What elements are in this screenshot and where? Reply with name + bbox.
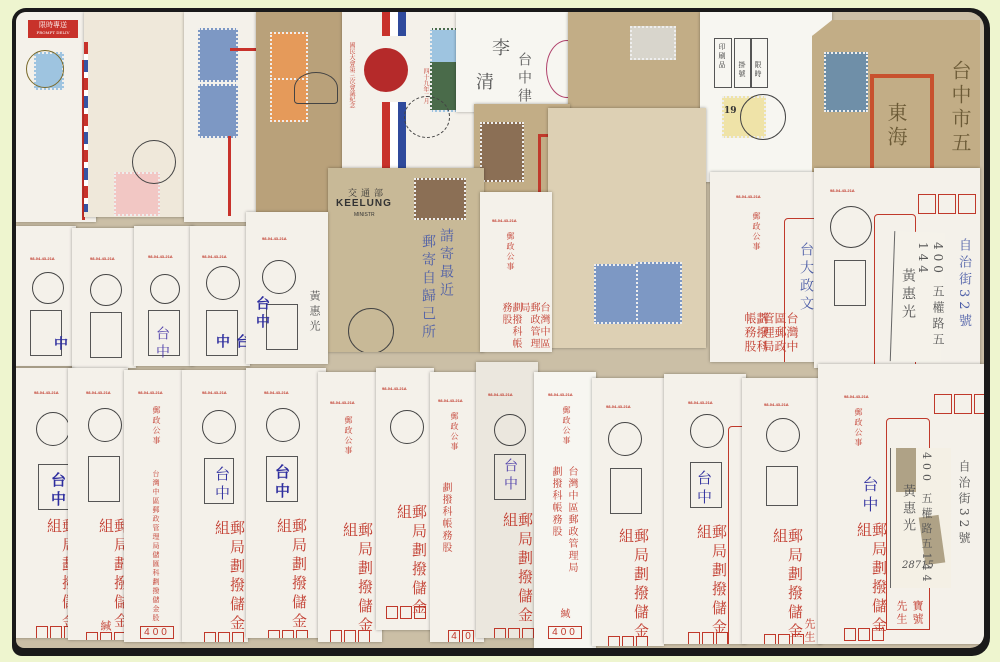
zip-boxes xyxy=(918,194,976,214)
zip-boxes xyxy=(86,632,126,640)
red-line xyxy=(230,48,256,51)
honorific-alt: 寶號 xyxy=(912,600,923,626)
recipient-b: 劃撥科帳務股 xyxy=(500,302,520,352)
label-box xyxy=(610,468,642,514)
large-plain-cover xyxy=(548,108,706,348)
header-vertical: 郵政公事 xyxy=(562,406,570,446)
form-code: 98-04-43-21A xyxy=(488,392,513,397)
zip-boxes xyxy=(934,394,984,414)
tricolor-stripe-bottom xyxy=(382,102,406,172)
prompt-zh: 限時專送 xyxy=(28,20,78,30)
postmark-icon xyxy=(90,274,122,306)
stamp xyxy=(198,84,238,138)
city-stamp: 台中 xyxy=(48,472,69,510)
number-hand: 28715 xyxy=(902,560,934,571)
city-stamp: 台中 xyxy=(858,476,881,516)
recipient-vertical: 郵局劃撥儲金組 xyxy=(342,522,372,642)
postmark-icon xyxy=(294,72,338,104)
zip-boxes xyxy=(608,636,648,646)
keelung-header-en: KEELUNG xyxy=(336,198,392,209)
flag-stamp-cover xyxy=(568,12,704,112)
name-hand: 黃惠光 xyxy=(898,268,918,322)
form-code: 98-04-43-21A xyxy=(148,254,173,259)
official-envelope: 98-04-43-21A 400 五權路五144 黃惠光 自治街32號 xyxy=(814,168,980,368)
address-hand: 清 xyxy=(470,72,496,94)
form-code: 98-04-43-21A xyxy=(202,254,227,259)
header-vertical: 郵政公事 xyxy=(450,412,458,452)
form-code: 98-04-43-21A xyxy=(844,394,869,399)
zip-boxes xyxy=(494,628,534,638)
address-hand: 東海 xyxy=(882,102,911,150)
blue-stamp-cover xyxy=(184,12,262,222)
recipient-a: 台灣中區郵政管理局 xyxy=(566,466,576,574)
address-hand: 李 xyxy=(486,38,512,60)
official-envelope: 98-04-43-21A 郵政公事 郵局劃撥儲金組 xyxy=(318,372,382,642)
recipient-vertical: 郵局劃撥儲金組 xyxy=(618,528,648,646)
city-stamp: 台中 xyxy=(252,296,272,332)
name-hand: 黃惠光 xyxy=(898,484,917,535)
zip-boxes xyxy=(764,634,804,644)
prompt-label: 限時 xyxy=(754,61,761,79)
label-box xyxy=(90,312,122,358)
stamp-value: 19 xyxy=(724,106,737,116)
form-code: 98-04-43-21A xyxy=(492,218,517,223)
official-envelope: 98-04-43-21A 台中 郵局劃撥儲金組 xyxy=(476,362,538,638)
city-stamp: 台中 xyxy=(694,470,715,508)
official-envelope: 98-04-43-21A 台中 郵局劃撥儲金組 xyxy=(16,368,74,638)
recipient-b: 劃撥科帳務股 xyxy=(744,312,768,362)
form-code: 98-04-43-21A xyxy=(548,392,573,397)
recipient-vertical: 郵局劃撥儲金組 xyxy=(772,528,802,644)
official-envelope: 98-04-43-21A 台中 xyxy=(16,226,76,366)
form-code: 98-04-43-21A xyxy=(202,390,227,395)
recipient-b: 劃撥科帳務股 xyxy=(440,482,450,554)
official-envelope: 98-04-43-21A 台中 郵局劃撥儲金組 xyxy=(182,370,248,642)
address-hand: 自治街32號 xyxy=(954,238,973,331)
header-vertical: 郵政公事 xyxy=(752,212,760,252)
address-hand: 自治街32號 xyxy=(956,460,973,547)
stamp xyxy=(594,264,638,324)
recipient-a: 台灣中區郵政管理局 xyxy=(518,302,548,352)
form-code: 98-04-43-21A xyxy=(382,386,407,391)
label-box xyxy=(766,466,798,506)
printed-matter-label: 印刷品 xyxy=(718,43,725,70)
header-vertical: 郵政公事 xyxy=(506,232,514,272)
postmark-icon xyxy=(266,408,300,442)
zip-boxes xyxy=(204,632,244,642)
postmark-icon xyxy=(830,206,872,248)
official-envelope: 98-04-43-21A 郵局劃撥儲金組 先生 xyxy=(742,378,822,644)
printed-matter-box: 印刷品 xyxy=(714,38,732,88)
form-code: 98-04-43-21A xyxy=(30,256,55,261)
zip-boxes xyxy=(386,606,426,619)
city-stamp: 台中 xyxy=(152,326,172,362)
official-envelope: 98-04-43-21A 台中 xyxy=(190,226,250,366)
postmark-icon xyxy=(390,410,424,444)
official-envelope: 98-04-43-21A 郵政公事 台灣中區郵政管理局儲匯科劃撥儲金股 400 xyxy=(124,370,184,642)
official-envelope: 98-04-43-21A 台中 郵局劃撥儲金組 xyxy=(246,368,326,638)
official-envelope: 98-04-43-21A 郵政公事 台灣中區郵政管理局 劃撥科帳務股 xyxy=(480,192,552,352)
address-hand: 郵寄自歸己所 xyxy=(418,234,438,342)
postmark-icon xyxy=(32,272,64,304)
keelung-cover: 交通部 KEELUNG MINISTR 請寄最近 郵寄自歸己所 xyxy=(328,168,484,352)
form-code: 98-04-43-21A xyxy=(688,400,713,405)
postmark-icon xyxy=(494,414,526,446)
honorific: 先生 xyxy=(896,600,907,626)
label-box xyxy=(834,260,866,306)
zip-boxes xyxy=(268,630,308,638)
form-code: 98-04-43-21A xyxy=(90,256,115,261)
stamp xyxy=(414,178,466,220)
postmark-icon xyxy=(206,266,240,300)
official-envelope-large: 98-04-43-21A 郵政公事 台中 郵局劃撥儲金組 400 五權路五144… xyxy=(818,364,984,644)
stamp xyxy=(824,52,868,112)
recipient-vertical: 郵局劃撥儲金組 xyxy=(696,524,726,644)
form-code: 98-04-43-21A xyxy=(262,236,287,241)
form-code: 98-04-43-21A xyxy=(606,404,631,409)
prompt-en: PROMPT DELIV xyxy=(28,30,78,35)
commemorative-seal-icon xyxy=(364,48,408,92)
zip-boxes: 40 xyxy=(448,630,474,642)
form-code: 98-04-43-21A xyxy=(330,400,355,405)
zip-boxes xyxy=(330,630,370,642)
name-hand: 黃惠光 xyxy=(306,290,322,335)
form-code: 98-04-43-21A xyxy=(264,390,289,395)
zip-code: 400 xyxy=(548,626,582,639)
keelung-sub: MINISTR xyxy=(354,212,375,218)
recipient-vertical: 郵局劃撥儲金組 xyxy=(276,518,306,638)
honorific: 先生 xyxy=(804,618,815,644)
prompt-box: 限時 xyxy=(750,38,768,88)
form-code: 98-04-43-21A xyxy=(830,188,855,193)
official-envelope: 98-04-43-21A 台中 郵局劃撥儲金組 xyxy=(664,374,746,644)
red-line xyxy=(228,136,231,216)
recipient-vertical: 郵局劃撥儲金組 xyxy=(856,522,886,644)
official-envelope: 98-04-43-21A 台中 黃惠光 xyxy=(246,212,328,364)
header-vertical: 郵政公事 xyxy=(854,408,862,448)
zip-boxes: 400 xyxy=(140,626,174,639)
official-envelope: 98-04-43-21A 郵政公事 台灣中區郵政管理局 劃撥科帳務股 緘 400 xyxy=(534,372,596,648)
airmail-border xyxy=(84,42,88,212)
kraft-cover: 東海 台中市五 xyxy=(812,20,980,180)
postmark-icon xyxy=(608,422,642,456)
recipient-full: 台灣中區郵政管理局儲匯科劃撥儲金股 xyxy=(152,470,159,623)
city-stamp: 台中 xyxy=(212,466,233,504)
postmark-icon xyxy=(766,418,800,452)
name-hand: 台大政文 xyxy=(796,242,816,314)
stamp xyxy=(270,32,308,80)
address-hand: 請寄最近 xyxy=(436,228,456,300)
stamp xyxy=(480,122,524,182)
address-hand: 台中市五 xyxy=(946,60,975,156)
official-envelope: 98-04-43-21A 台中 xyxy=(134,226,194,366)
zip-boxes xyxy=(844,628,884,641)
postmark-icon xyxy=(26,50,64,88)
official-envelope: 98-04-43-21A 郵局劃撥儲金組 緘 xyxy=(68,368,128,640)
postmark-icon xyxy=(202,410,236,444)
official-envelope: 98-04-43-21A xyxy=(72,228,136,368)
postmark-icon xyxy=(404,96,450,138)
stamp xyxy=(198,28,238,82)
postmark-icon xyxy=(150,274,180,304)
header-vertical: 郵政公事 xyxy=(152,406,160,446)
postmark-icon xyxy=(262,260,296,294)
city-stamp: 台中 xyxy=(272,464,293,502)
form-code: 98-04-43-21A xyxy=(86,390,111,395)
postmark-icon xyxy=(348,308,394,352)
postmark-icon xyxy=(132,140,176,184)
postmark-icon xyxy=(690,414,724,448)
registered-label: 掛號 xyxy=(738,61,745,79)
postmark-icon xyxy=(36,412,70,446)
city-stamp: 台中 xyxy=(212,334,250,366)
form-code: 98-04-43-21A xyxy=(764,402,789,407)
form-code: 98-04-43-21A xyxy=(34,390,59,395)
prompt-delivery-label: 限時專送 PROMPT DELIV xyxy=(28,20,78,38)
address-hand: 400 五權路五144 xyxy=(916,242,947,368)
official-envelope: 98-04-43-21A 郵局劃撥儲金組 xyxy=(592,378,664,646)
recipient-b: 劃撥科帳務股 xyxy=(550,466,560,538)
form-code: 98-04-43-21A xyxy=(736,194,761,199)
postmark-icon xyxy=(740,94,786,140)
stamp xyxy=(630,26,676,60)
recipient-vertical: 郵局劃撥儲金組 xyxy=(502,512,532,638)
label-box xyxy=(88,456,120,502)
form-code: 98-04-43-21A xyxy=(138,390,163,395)
zip-boxes xyxy=(688,632,728,644)
form-code: 98-04-43-21A xyxy=(438,398,463,403)
tricolor-stripe-top xyxy=(382,12,406,36)
official-envelope: 98-04-43-21A 郵局劃撥儲金組 xyxy=(376,368,434,630)
airmail-cover xyxy=(84,12,188,217)
stamp xyxy=(636,262,682,324)
postmark-icon xyxy=(88,408,122,442)
city-stamp: 台中 xyxy=(500,458,520,494)
header-vertical: 郵政公事 xyxy=(344,416,352,456)
recipient-vertical: 郵局劃撥儲金組 xyxy=(214,520,244,642)
cover-collection-photo: 限時專送 PROMPT DELIV 國民大會第三次會議紀念 四十九年二月 李 清… xyxy=(16,12,984,648)
seal-char: 緘 xyxy=(558,608,568,620)
seal-text: 國民大會第三次會議紀念 xyxy=(348,42,354,108)
zip-code: 400 xyxy=(140,626,174,639)
address-hand: 台中律 xyxy=(514,52,534,106)
official-envelope: 98-04-43-21A 郵政公事 台大政文 台灣中區郵政管理局 劃撥科帳務股 xyxy=(710,172,822,362)
zip-boxes: 400 xyxy=(548,626,582,639)
